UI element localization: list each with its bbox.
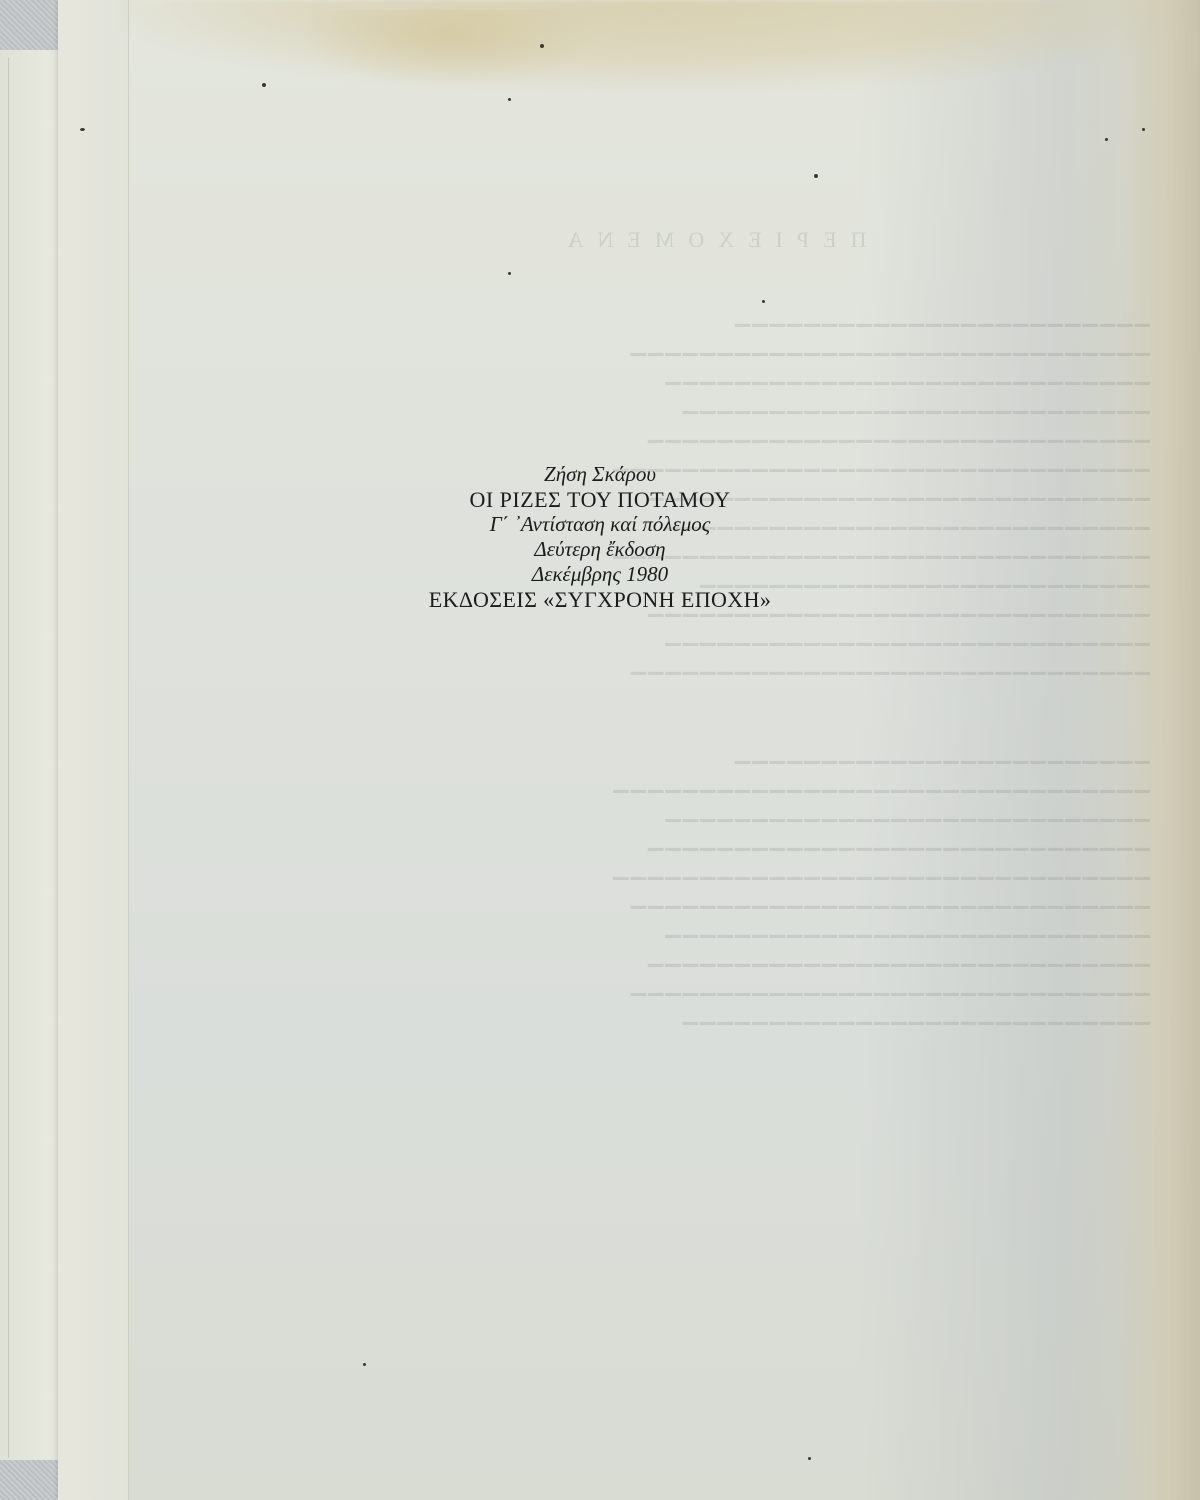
paper-speck [540,44,544,48]
paper-speck [808,1457,811,1460]
book-title: ΟΙ ΡΙΖΕΣ ΤΟΥ ΠΟΤΑΜΟΥ [355,487,845,512]
page-margin-fold [58,0,129,1500]
paper-speck [1105,138,1108,141]
edition-line: Δεύτερη ἔκδοση [355,537,845,562]
paper-speck [262,83,266,87]
volume-subtitle: Γ΄ ᾿Αντίσταση καί πόλεμος [355,512,845,537]
paper-speck [762,300,765,303]
paper-speck [1142,128,1145,131]
paper-speck [508,272,511,275]
paper-speck [80,128,85,131]
paper-speck [508,98,511,101]
paper-speck [814,174,818,178]
colophon-block: Ζήση Σκάρου ΟΙ ΡΙΖΕΣ ΤΟΥ ΠΟΤΑΜΟΥ Γ΄ ᾿Αντ… [355,462,845,612]
publication-date: Δεκέμβρης 1980 [355,562,845,587]
water-stain [118,0,1198,90]
author-name: Ζήση Σκάρου [355,462,845,487]
water-stain-secondary [298,10,598,90]
page-edge-yellowing [1120,0,1200,1500]
publisher-name: ΕΚΔΟΣΕΙΣ «ΣΥΓΧΡΟΝΗ ΕΠΟΧΗ» [355,587,845,612]
book-page [58,0,1200,1500]
paper-speck [363,1363,366,1366]
